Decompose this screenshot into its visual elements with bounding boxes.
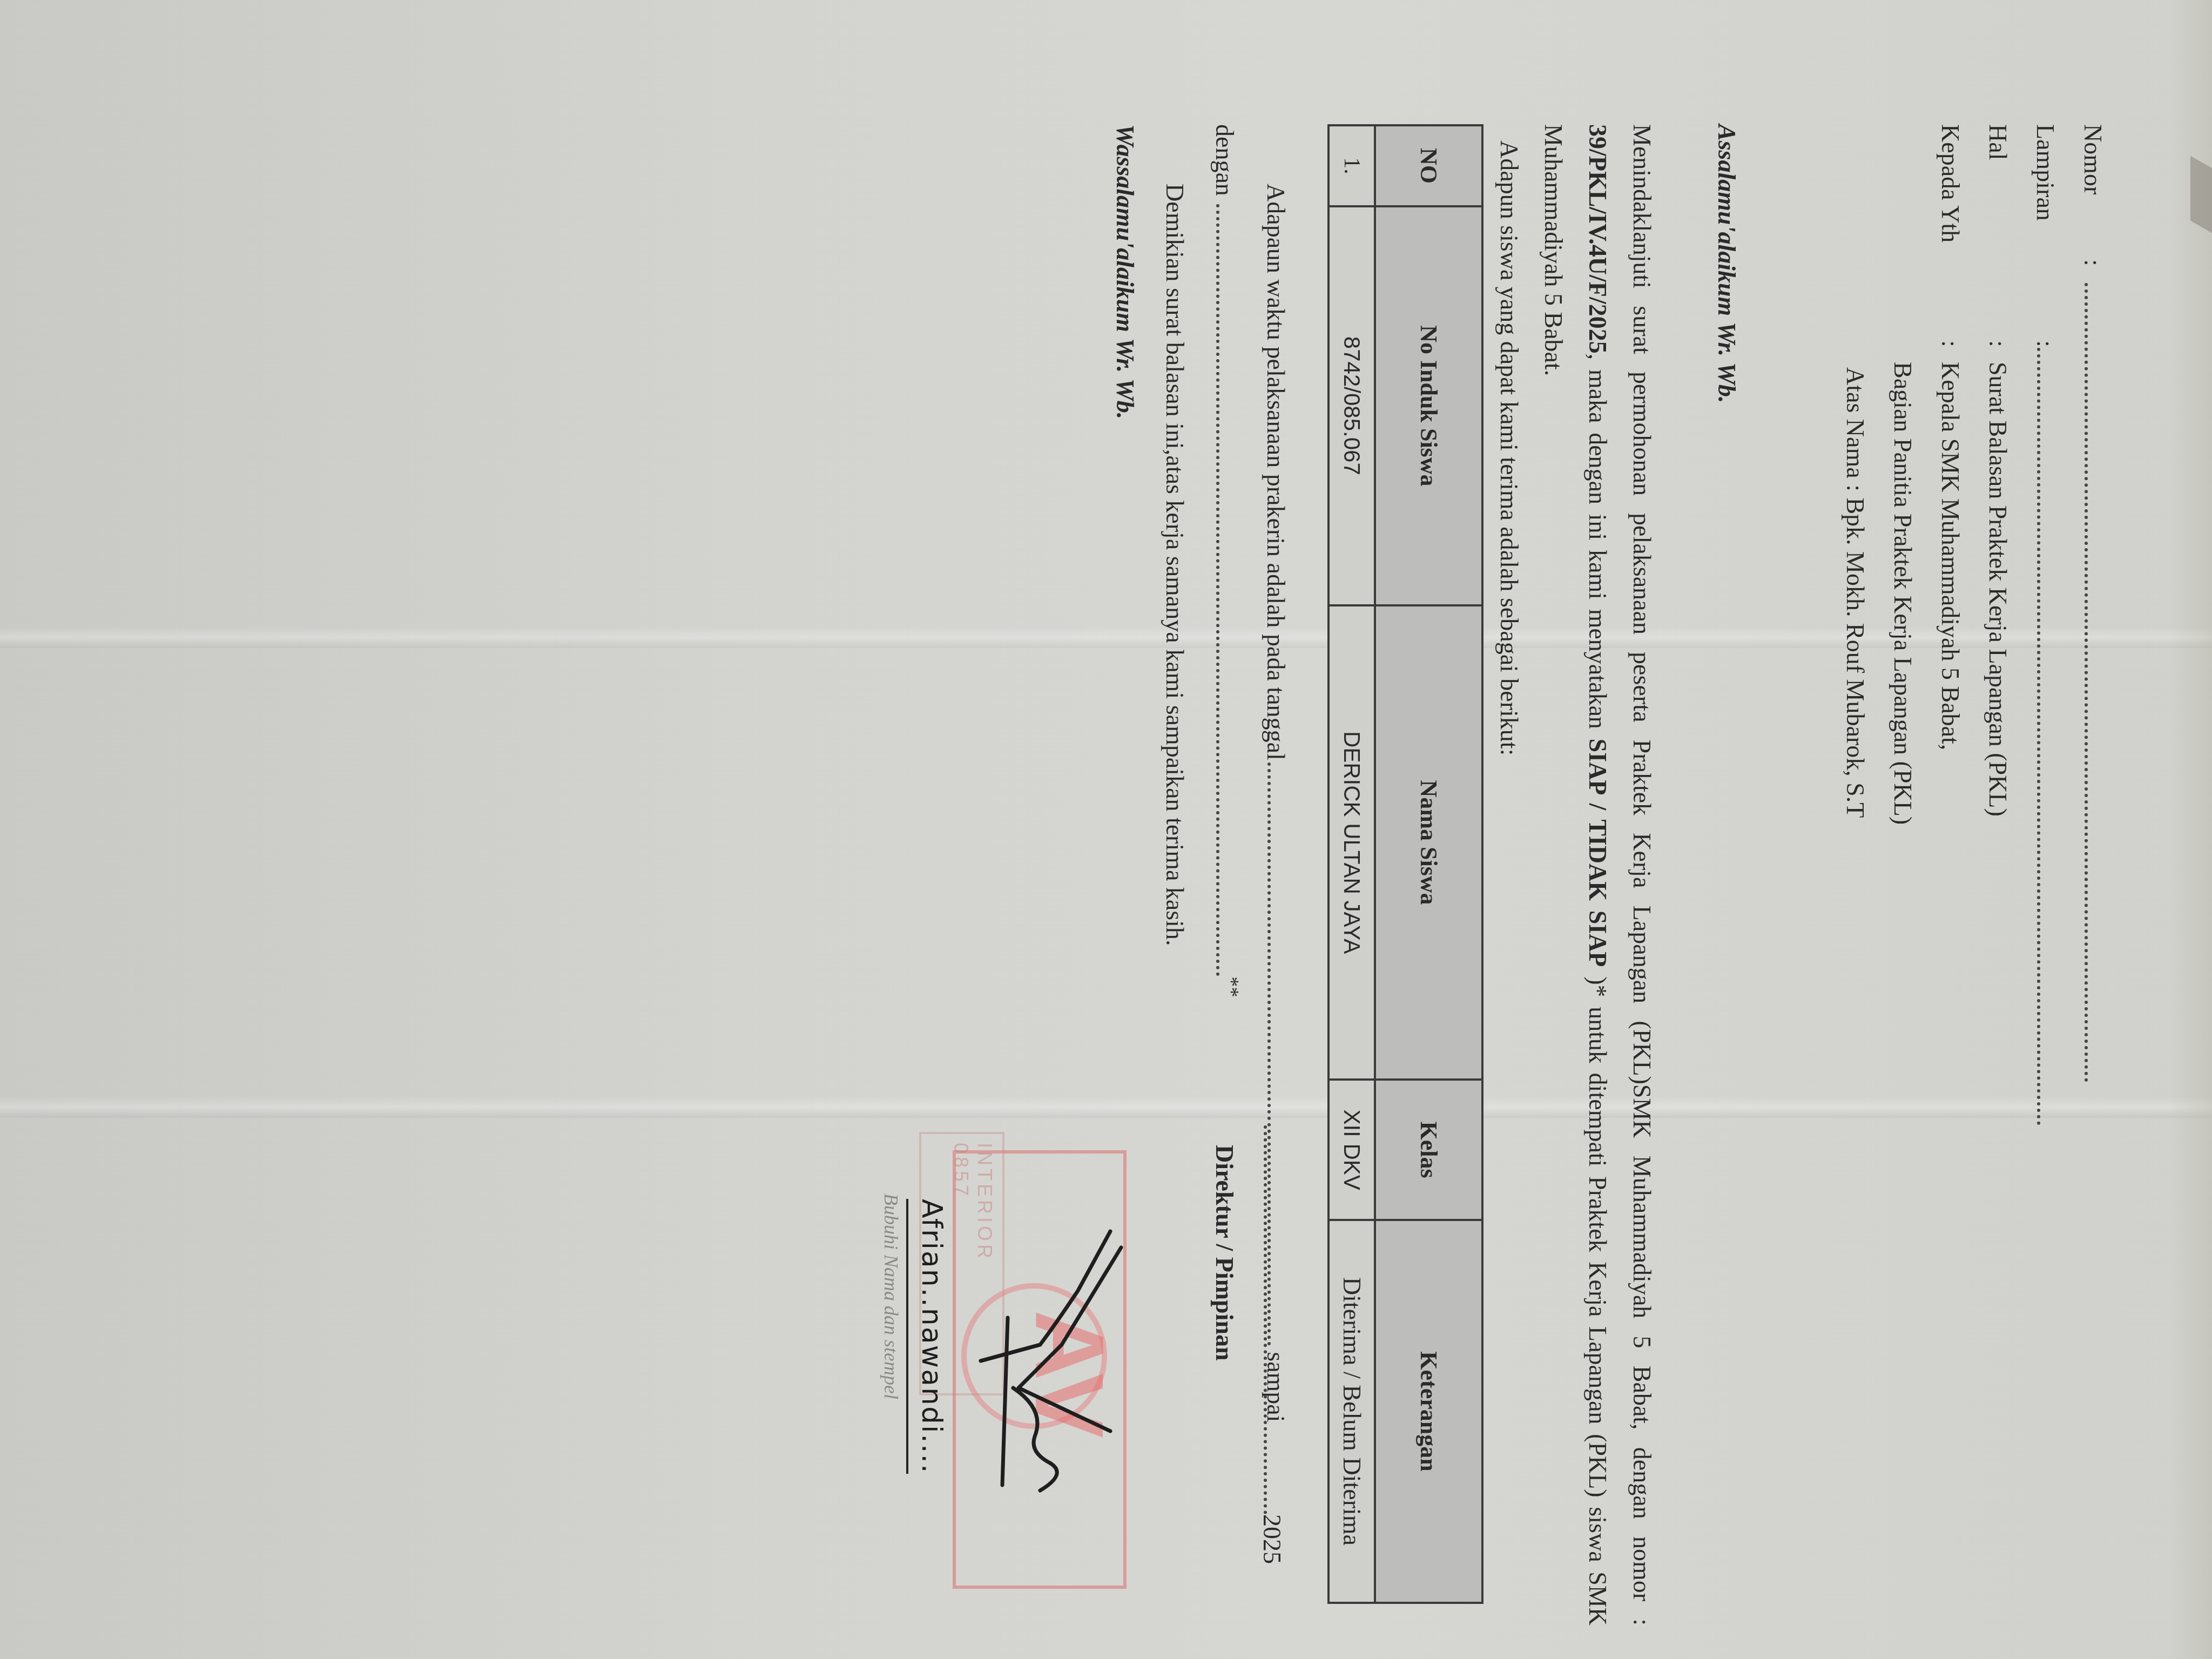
sign-date-year: 2025 [1250, 1514, 1294, 1564]
colon: : [2071, 259, 2115, 281]
cell-keterangan: Diterima / Belum Diterima [1328, 1220, 1375, 1603]
kepada-label: Kepada Yth [1928, 124, 1972, 340]
table-row: 1. 8742/085.067 DERICK ULTAN JAYA XII DK… [1328, 125, 1375, 1603]
student-table: NO No Induk Siswa Nama Siswa Kelas Keter… [1327, 124, 1483, 1604]
col-header-keterangan: Keterangan [1375, 1220, 1482, 1603]
cell-nama: DERICK ULTAN JAYA [1328, 605, 1375, 1080]
col-header-nis: No Induk Siswa [1375, 206, 1482, 605]
greeting: Assalamu'alaikum Wr. Wb. [1704, 124, 1749, 1647]
nomor-label: Nomor [2071, 124, 2115, 259]
col-header-no: NO [1375, 125, 1482, 206]
period-with: dengan [1211, 124, 1238, 196]
hal-value: Surat Balasan Praktek Kerja Lapangan (PK… [1975, 362, 2020, 817]
kepada-line-3: Atas Nama : Bpk. Mokh. Rouf Mubarok, S.T [1830, 124, 1877, 1647]
col-header-nama: Nama Siswa [1375, 605, 1482, 1080]
colon: : [1928, 340, 1972, 362]
header-hal: Hal : Surat Balasan Praktek Kerja Lapang… [1972, 124, 2020, 1647]
signature-scribble-icon [948, 1183, 1143, 1561]
nomor-blank-field [2085, 283, 2088, 1082]
lampiran-label: Lampiran [2023, 124, 2067, 340]
letter-content: Nomor : Lampiran : Hal : Surat Balasan P… [1103, 124, 2115, 1647]
header-lampiran: Lampiran : [2020, 124, 2067, 1647]
kepada-line-2: Bagian Panitia Praktek Kerja Lapangan (P… [1877, 124, 1925, 1647]
signer-title: Direktur / Pimpinan [1202, 1123, 1246, 1609]
col-header-kelas: Kelas [1375, 1080, 1482, 1220]
cell-nis: 8742/085.067 [1328, 206, 1375, 605]
readiness-status: SIAP / TIDAK SIAP [1584, 739, 1611, 967]
colon: : [1975, 340, 2020, 362]
sign-date: 2025 [1250, 1123, 1294, 1609]
body-paragraph: Menindaklanjuti surat permohonan pelaksa… [1531, 124, 1664, 1626]
cell-no: 1. [1328, 125, 1375, 206]
hal-label: Hal [1975, 124, 2020, 340]
colon: : [2023, 340, 2067, 346]
lampiran-blank-field [2037, 348, 2040, 1125]
cell-kelas: XII DKV [1328, 1080, 1375, 1220]
para1-text: Menindaklanjuti surat permohonan pelaksa… [1628, 124, 1656, 1626]
signer-name: Afrian..nawandi.... [906, 1199, 954, 1474]
period-text: Adapaun waktu pelaksanaan prakerin adala… [1262, 184, 1290, 760]
table-header-row: NO No Induk Siswa Nama Siswa Kelas Keter… [1375, 125, 1482, 1603]
kepada-line-1: Kepala SMK Muhammadiyah 5 Babat, [1928, 362, 1972, 750]
end-date-blank [1216, 204, 1219, 976]
header-kepada: Kepada Yth : Kepala SMK Muhammadiyah 5 B… [1925, 124, 1972, 1647]
signature-caption: Bubuhi Nama dan stempel [869, 1193, 913, 1399]
table-intro: Adapun siswa yang dapat kami terima adal… [1487, 140, 1531, 1647]
header-nomor: Nomor : [2067, 124, 2115, 1647]
para1-text-2: , maka dengan ini kami menyatakan [1584, 354, 1611, 739]
signature-block: 2025 Direktur / Pimpinan [1202, 1123, 1294, 1609]
footnote-mark: ** [1220, 976, 1243, 997]
sign-date-blank [1264, 1125, 1267, 1514]
closing-sentence: Demikian surat balasan ini,atas kerja sa… [1152, 124, 1197, 1647]
letter-page: Nomor : Lampiran : Hal : Surat Balasan P… [0, 0, 2212, 1659]
request-number: 39/PKL/IV.4U/F/2025 [1584, 124, 1611, 354]
